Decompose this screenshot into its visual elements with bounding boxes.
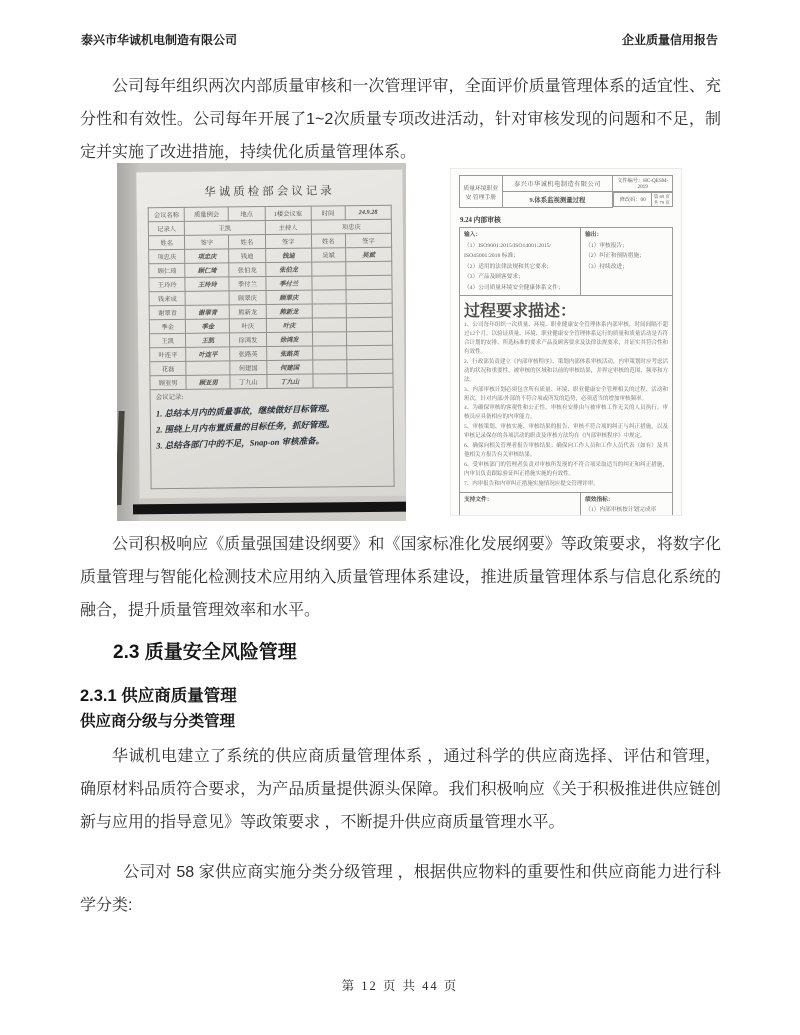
meta-value: 项忠庆 [311, 219, 391, 234]
subheading-supplier-classification: 供应商分级与分类管理 [80, 709, 721, 731]
signature-cell: 吴斌 [345, 247, 391, 261]
signature-cell: 王玲玲 [185, 277, 229, 291]
subsection-heading-2-3-1: 2.3.1 供应商质量管理 [80, 682, 721, 706]
meta-value: 1楼会议室 [265, 206, 311, 220]
name-cell: 王凯 [149, 333, 186, 347]
manual-process-box: 输入： （1）ISO9001:2015/ISO14001:2015/ ISO45… [459, 227, 673, 516]
name-cell: 钱来成 [149, 291, 186, 305]
meta-label: 记录人 [148, 221, 185, 235]
meeting-notes: 会议记录: 1. 总结本月内的质量事故，继续做好目标管理。2. 围绕上月内布置质… [150, 388, 395, 490]
name-cell: 季付兰 [229, 277, 266, 291]
name-cell: 吴斌 [311, 248, 345, 262]
signature-cell: 季金 [186, 319, 230, 333]
signature-cell: 王凯 [186, 333, 230, 347]
meta-label: 地点 [228, 207, 265, 221]
signature-cell: 顾仁琦 [185, 263, 229, 277]
signature-cell: 顾亚男 [186, 375, 230, 389]
name-cell: 熊新龙 [229, 305, 266, 319]
name-cell: 何建国 [230, 361, 267, 375]
manual-input-title: 输入： [464, 230, 576, 241]
signature-cell: 季付兰 [266, 276, 312, 290]
manual-io-row: 输入： （1）ISO9001:2015/ISO14001:2015/ ISO45… [460, 228, 672, 296]
manual-support-row: 支持文件： 《内部审核程序》 绩效指标： （1）内部审核按计划完成率（2）内部审… [460, 493, 672, 516]
name-cell: 叶庆 [230, 319, 267, 333]
manual-process-items: 1、公司每年组织一次质量、环境、职业健康安全管理体系内部审核，时间间隔不超过12… [464, 321, 668, 488]
manual-process-item: 6、受审核部门的管理者负责对审核所发现的不符合项采取适当的纠正和纠正措施，内审员… [464, 461, 668, 479]
page-number-footer: 第 12 页 共 44 页 [0, 976, 800, 994]
manual-doc-no: 文件编号：HC-QESM-2019 [613, 176, 673, 192]
manual-output-list: （1）审核报告；（2）纠正和预防措施；（3）持续改进； [585, 241, 668, 273]
paragraph-internal-audit: 公司每年组织两次内部质量审核和一次管理评审，全面评价质量管理体系的适宜性、充分性… [80, 70, 721, 169]
name-cell [312, 262, 346, 276]
meta-label: 时间 [311, 206, 345, 220]
manual-support-title: 支持文件： [464, 495, 576, 506]
manual-process-title: 过程要求描述： [464, 298, 668, 321]
name-cell [312, 290, 346, 304]
manual-support-files-column: 支持文件： 《内部审核程序》 [460, 493, 580, 516]
paragraph-supplier-count: 公司对 58 家供应商实施分类分级管理 ，根据供应物料的重要性和供应商能力进行科… [80, 856, 721, 922]
meta-date-handwritten: 24.9.28 [345, 205, 391, 219]
manual-scan-page: 质量环境职业安 管理手册 泰兴市华诚机电制造有限公司 文件编号：HC-QESM-… [450, 168, 682, 516]
name-cell: 项忠庆 [149, 249, 186, 263]
name-cell [346, 345, 392, 359]
signature-cell: 张路英 [266, 346, 312, 360]
meeting-record-paper: 华诚质检部会议记录 会议名称 质量例会 地点 1楼会议室 时间 24.9.28 … [136, 170, 405, 499]
name-cell: 钱迪 [229, 249, 266, 263]
manual-output-item: （3）持续改进； [585, 262, 668, 273]
sign-header-cell: 姓名 [148, 235, 185, 249]
meeting-notes-label: 会议记录: [156, 390, 388, 401]
signature-cell: 叶庆 [266, 318, 312, 332]
manual-input-item: （2）适用的法律法规和其它要求； [464, 262, 576, 273]
manual-header-table: 质量环境职业安 管理手册 泰兴市华诚机电制造有限公司 文件编号：HC-QESM-… [459, 175, 673, 208]
manual-kpi-list: （1）内部审核按计划完成率（2）内部审核过程和要求遵循率（3）内部审核不符合项改… [585, 505, 668, 516]
name-cell: 徐鸿发 [230, 333, 267, 347]
manual-input-item: （1）ISO9001:2015/ISO14001:2015/ ISO45001:… [464, 241, 576, 262]
name-cell [312, 276, 346, 290]
manual-kpi-column: 绩效指标： （1）内部审核按计划完成率（2）内部审核过程和要求遵循率（3）内部审… [580, 493, 672, 516]
paragraph-policy-response: 公司积极响应《质量强国建设纲要》和《国家标准化发展纲要》等政策要求，将数字化质量… [80, 528, 721, 627]
meta-label: 主持人 [265, 220, 311, 234]
signature-cell: 张伯龙 [265, 262, 311, 276]
meeting-record-table: 会议名称 质量例会 地点 1楼会议室 时间 24.9.28 记录人 王凯 主持人… [148, 205, 394, 391]
manual-output-title: 输出： [585, 230, 668, 241]
name-cell: 叶连平 [150, 347, 187, 361]
header-report-title: 企业质量信用报告 [622, 31, 718, 48]
sign-table-body: 项忠庆项忠庆钱迪钱迪吴斌吴斌顾仁琦顾仁琦张伯龙张伯龙王玲玲王玲玲季付兰季付兰钱来… [149, 247, 393, 390]
name-cell [347, 359, 393, 373]
signature-cell: 徐鸿发 [266, 332, 312, 346]
manual-process-item: 1、公司每年组织一次质量、环境、职业健康安全管理体系内部审核，时间间隔不超过12… [464, 321, 668, 357]
manual-process-item: 7、内审报告和内审纠正措施实施情况应提交管理评审。 [464, 480, 668, 489]
manual-rev-pages: 修改码：00 第 69 页 共 79 页 [613, 192, 672, 207]
name-cell [312, 332, 346, 346]
name-cell [346, 289, 392, 303]
manual-header-row-1: 质量环境职业安 管理手册 泰兴市华诚机电制造有限公司 文件编号：HC-QESM-… [460, 176, 673, 192]
manual-revision: 修改码：00 [614, 193, 651, 206]
meta-label: 会议名称 [148, 207, 185, 221]
meta-value: 质量例会 [185, 207, 229, 221]
name-cell [186, 361, 230, 375]
name-cell: 顾仁琦 [149, 263, 186, 277]
meeting-record-title: 华诚质检部会议记录 [147, 182, 391, 201]
report-page: 泰兴市华诚机电制造有限公司 企业质量信用报告 公司每年组织两次内部质量审核和一次… [0, 0, 800, 1035]
name-cell [313, 374, 347, 388]
name-cell [346, 275, 392, 289]
signature-cell: 钱迪 [265, 248, 311, 262]
section-heading-2-3: 2.3 质量安全风险管理 [80, 637, 754, 664]
paragraph-supplier-system: 华诚机电建立了系统的供应商质量管理体系 ，通过科学的供应商选择、评估和管理，确原… [80, 740, 721, 839]
manual-page-count: 第 69 页 共 79 页 [651, 193, 671, 206]
name-cell: 谢翠青 [149, 305, 186, 319]
manual-input-column: 输入： （1）ISO9001:2015/ISO14001:2015/ ISO45… [460, 228, 580, 295]
meeting-notes-lines: 1. 总结本月内的质量事故，继续做好目标管理。2. 围绕上月内布置质量的目标任务… [156, 403, 388, 449]
manual-doc-type: 质量环境职业安 管理手册 [460, 176, 503, 208]
manual-chapter-title: 9.体系监视测量过程 [502, 192, 613, 208]
name-cell [312, 304, 346, 318]
name-cell [347, 373, 393, 387]
manual-process-item: 6、确保向相关管理者报告审核结果；确保向工作人员和工作人员代表（如有）及其他相关… [464, 442, 668, 460]
manual-section-title: 9.24 内部审核 [460, 214, 672, 224]
sign-header-cell: 姓名 [229, 235, 266, 249]
manual-process-item: 3、内部审核计划必须包含所有质量、环境、职业健康安全管理相关的过程、活动和班次，… [464, 386, 668, 404]
name-cell [313, 360, 347, 374]
header-company-name: 泰兴市华诚机电制造有限公司 [81, 31, 237, 48]
signature-cell: 何建国 [266, 360, 312, 374]
sign-header-cell: 签字 [345, 233, 391, 247]
name-cell [185, 291, 229, 305]
manual-input-item: （3）产品及顾客要求； [464, 272, 576, 283]
manual-output-item: （1）审核报告； [585, 241, 668, 252]
manual-process-item: 4、为确保审核的客观性和公正性，审核有安排由与被审核工作无关的人员执行。审核员应… [464, 404, 668, 422]
signature-cell: 顾翠庆 [266, 290, 312, 304]
name-cell [312, 346, 346, 360]
signature-cell: 熊新龙 [266, 304, 312, 318]
manual-kpi-item: （1）内部审核按计划完成率 [585, 505, 668, 516]
sign-header-cell: 签字 [265, 234, 311, 248]
handwritten-note-line: 3. 总结各部门中的不足，Snap-on 审核准备。 [156, 432, 388, 451]
photo-black-bar [133, 502, 406, 515]
name-cell: 王玲玲 [149, 277, 186, 291]
name-cell [346, 331, 392, 345]
name-cell [346, 317, 392, 331]
manual-process-section: 过程要求描述： 1、公司每年组织一次质量、环境、职业健康安全管理体系内部审核，时… [460, 296, 672, 492]
meeting-record-photo: 华诚质检部会议记录 会议名称 质量例会 地点 1楼会议室 时间 24.9.28 … [117, 163, 406, 521]
signature-cell: 项忠庆 [185, 249, 229, 263]
name-cell [346, 303, 392, 317]
manual-process-item: 2、行政部负责建立《内部审核程序》、策划内部体系审核活动，内审策划时应考虑活动的… [464, 358, 668, 385]
manual-input-item: （4）公司质量环境安全健康体系文件； [464, 283, 576, 294]
name-cell: 丁九山 [230, 375, 267, 389]
name-cell [346, 261, 392, 275]
manual-output-item: （2）纠正和预防措施； [585, 251, 668, 262]
signature-cell: 丁九山 [267, 374, 313, 388]
manual-input-list: （1）ISO9001:2015/ISO14001:2015/ ISO45001:… [464, 241, 576, 294]
manual-kpi-title: 绩效指标： [585, 495, 668, 506]
page-running-header: 泰兴市华诚机电制造有限公司 企业质量信用报告 [81, 31, 718, 48]
name-cell: 顾亚男 [150, 375, 187, 389]
name-cell: 张路英 [230, 347, 267, 361]
sign-header-cell: 姓名 [311, 234, 345, 248]
name-cell: 顾翠庆 [229, 291, 266, 305]
name-cell: 季金 [149, 319, 186, 333]
meta-value: 王凯 [185, 221, 265, 236]
name-cell: 张伯龙 [229, 263, 266, 277]
signature-cell: 叶连平 [186, 347, 230, 361]
sign-header-cell: 签字 [185, 235, 229, 249]
manual-company: 泰兴市华诚机电制造有限公司 [502, 176, 613, 192]
name-cell [312, 318, 346, 332]
signature-cell: 谢翠青 [186, 305, 230, 319]
manual-output-column: 输出： （1）审核报告；（2）纠正和预防措施；（3）持续改进； [580, 228, 672, 295]
manual-process-item: 5、审核策划、审核实施、审核结果的报告、审核不符合项的纠正与纠正措施，以及审核记… [464, 423, 668, 441]
name-cell: 花磊 [150, 361, 187, 375]
